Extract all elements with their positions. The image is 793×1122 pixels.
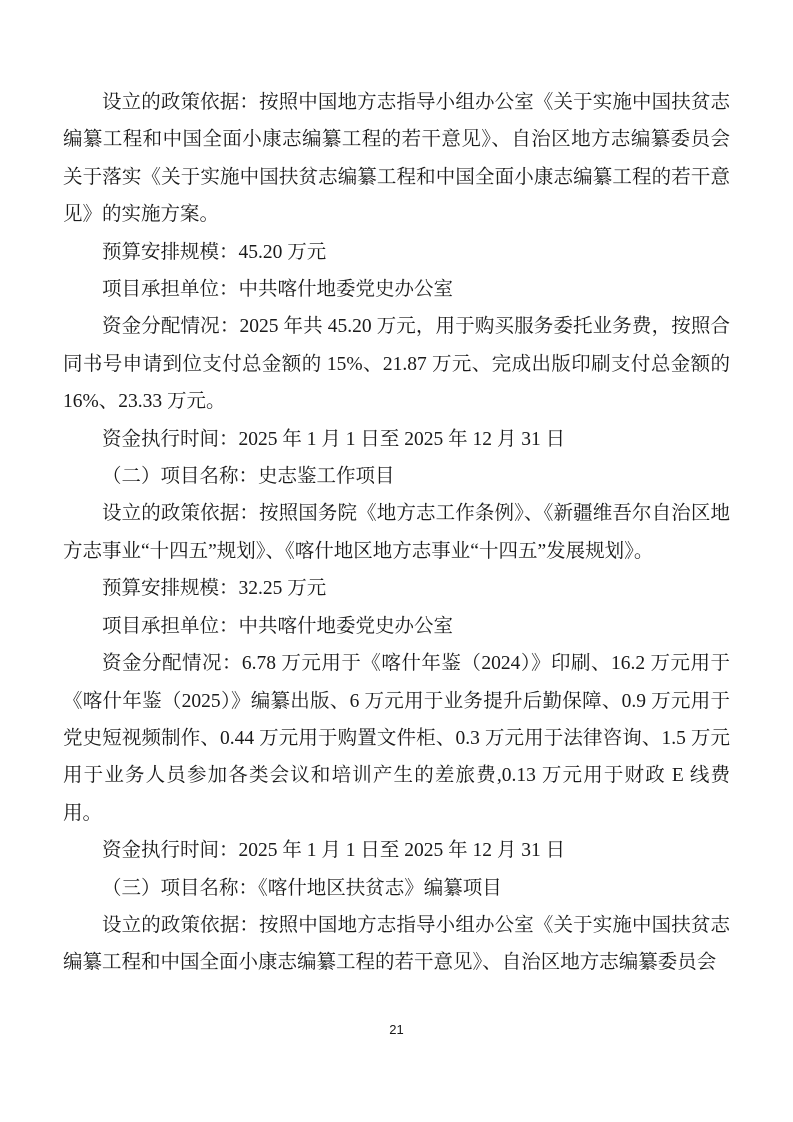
paragraph-policy-basis-project2: 设立的政策依据：按照国务院《地方志工作条例》、《新疆维吾尔自治区地方志事业“十四…	[63, 495, 730, 570]
paragraph-project2-name: （二）项目名称：史志鉴工作项目	[63, 458, 730, 495]
paragraph-fund-allocation-project2: 资金分配情况：6.78 万元用于《喀什年鉴（2024）》印刷、16.2 万元用于…	[63, 645, 730, 832]
document-page: 设立的政策依据：按照中国地方志指导小组办公室《关于实施中国扶贫志编纂工程和中国全…	[0, 0, 793, 1122]
paragraph-budget-scale-project1: 预算安排规模：45.20 万元	[63, 234, 730, 271]
paragraph-budget-scale-project2: 预算安排规模：32.25 万元	[63, 570, 730, 607]
paragraph-project3-name: （三）项目名称：《喀什地区扶贫志》编纂项目	[63, 870, 730, 907]
paragraph-undertaking-unit-project1: 项目承担单位：中共喀什地委党史办公室	[63, 271, 730, 308]
paragraph-undertaking-unit-project2: 项目承担单位：中共喀什地委党史办公室	[63, 608, 730, 645]
paragraph-policy-basis-project1: 设立的政策依据：按照中国地方志指导小组办公室《关于实施中国扶贫志编纂工程和中国全…	[63, 84, 730, 234]
paragraph-fund-execution-time-project1: 资金执行时间：2025 年 1 月 1 日至 2025 年 12 月 31 日	[63, 421, 730, 458]
page-number: 21	[0, 1022, 793, 1037]
paragraph-fund-execution-time-project2: 资金执行时间：2025 年 1 月 1 日至 2025 年 12 月 31 日	[63, 832, 730, 869]
paragraph-policy-basis-project3: 设立的政策依据：按照中国地方志指导小组办公室《关于实施中国扶贫志编纂工程和中国全…	[63, 907, 730, 982]
paragraph-fund-allocation-project1: 资金分配情况：2025 年共 45.20 万元，用于购买服务委托业务费，按照合同…	[63, 308, 730, 420]
document-body: 设立的政策依据：按照中国地方志指导小组办公室《关于实施中国扶贫志编纂工程和中国全…	[63, 84, 730, 982]
